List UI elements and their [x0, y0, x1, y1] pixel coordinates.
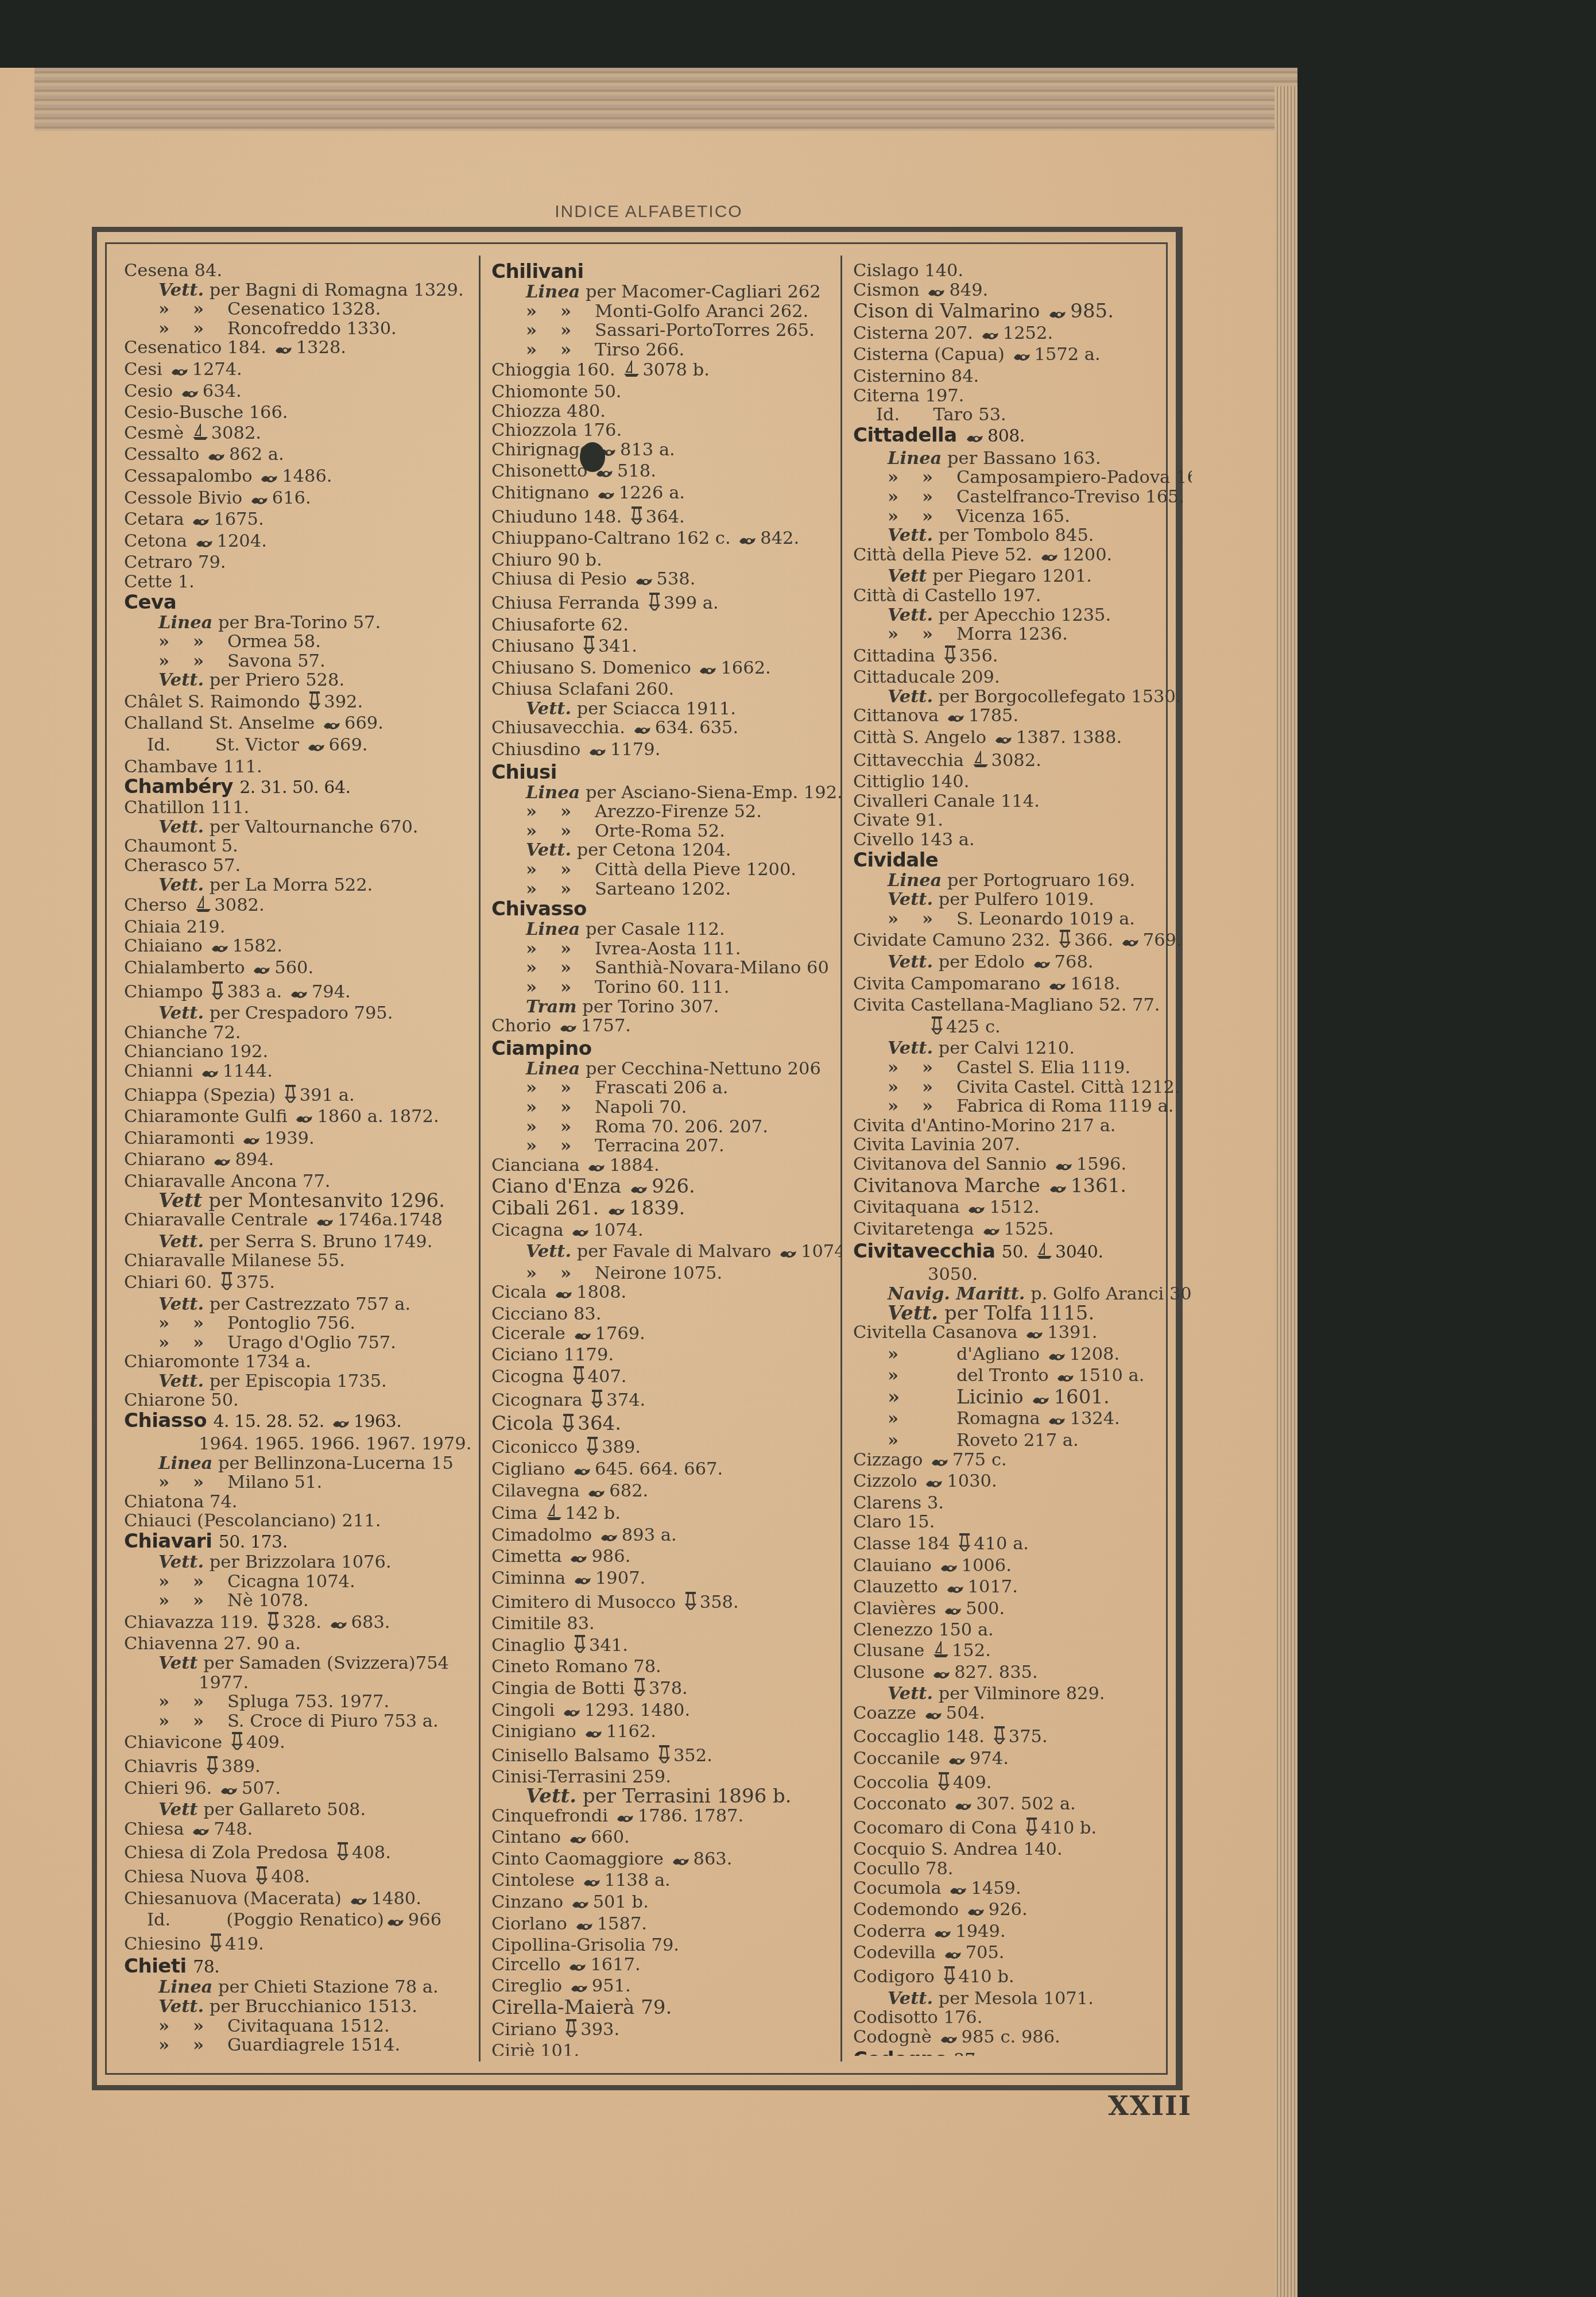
index-subentry: Linea per Portogruaro 169. — [853, 871, 1192, 891]
index-ditto-subentry: »»Roma 70. 206. 207. — [491, 1117, 842, 1137]
index-entry: Chiusa di Pesio 538. — [491, 570, 842, 591]
index-entry: Ciminna 1907. — [491, 1569, 842, 1591]
index-entry: Cessole Bivio 616. — [124, 489, 474, 511]
index-entry: Cittanova 1785. — [853, 706, 1192, 728]
coach-icon — [195, 534, 215, 554]
index-entry: Chialamberto 560. — [124, 958, 474, 980]
service-type: Linea — [526, 919, 580, 939]
index-entry: Cicerale 1769. — [491, 1324, 842, 1346]
paper-hole — [580, 442, 605, 472]
index-subentry: Vett. per La Morra 522. — [124, 876, 474, 895]
coach-icon — [597, 486, 617, 505]
index-entry: Chiarone 50. — [124, 1391, 474, 1410]
ditto-marks: »» — [158, 2036, 227, 2055]
index-entry: Cocullo 78. — [853, 1859, 1192, 1879]
ditto-marks: »» — [526, 1136, 595, 1156]
index-entry: Chiozza 480. — [491, 402, 842, 421]
coach-icon — [1040, 548, 1060, 567]
coach-icon — [947, 709, 966, 728]
service-type: Vett. — [158, 1552, 204, 1572]
index-ditto-subentry: »»Ivrea-Aosta 111. — [491, 939, 842, 959]
coach-icon — [290, 985, 309, 1004]
ditto-marks: »» — [158, 2017, 227, 2036]
subentry-text: Civitaquana 1512. — [227, 2016, 390, 2036]
index-entry: Cireglio 951. — [491, 1977, 842, 1998]
service-type: Vett. — [158, 817, 204, 837]
index-entry: Cianciana 1884. — [491, 1156, 842, 1178]
coach-icon — [274, 341, 294, 360]
subentry-text: per Torino 307. — [582, 997, 719, 1017]
coach-icon — [924, 1706, 944, 1726]
index-entry: Ciorlano 1587. — [491, 1915, 842, 1936]
coach-icon — [738, 531, 758, 551]
coach-icon — [575, 1917, 595, 1936]
index-subentry: Linea per Cecchina-Nettuno 206 — [491, 1059, 842, 1079]
index-entry: Civitanova del Sannio 1596. — [853, 1155, 1192, 1177]
index-entry: Chiesa Nuova 408. — [124, 1865, 474, 1889]
index-entry: Città S. Angelo 1387. 1388. — [853, 728, 1192, 750]
coach-icon — [946, 1580, 966, 1599]
index-subentry: Vett per Montesanvito 1296. — [124, 1192, 474, 1211]
subentry-text: Urago d'Oglio 757. — [227, 1333, 396, 1353]
index-ditto-subentry: »»Pontoglio 756. — [124, 1314, 474, 1333]
subentry-text: per Brucchianico 1513. — [210, 1997, 417, 2017]
subentry-text: per Crespadoro 795. — [210, 1003, 393, 1023]
coach-icon — [672, 1852, 691, 1871]
index-entry: Chambave 111. — [124, 757, 474, 777]
subentry-text: per Casale 112. — [586, 919, 725, 939]
index-entry: Chieri 96. 507. — [124, 1779, 474, 1801]
subentry-text: Orte-Roma 52. — [595, 821, 725, 841]
subentry-text: Pontoglio 756. — [227, 1313, 355, 1333]
coach-icon — [966, 428, 985, 449]
index-entry: Chiaia 219. — [124, 918, 474, 937]
ditto-marks: »» — [158, 300, 227, 319]
subentry-text: Roncofreddo 1330. — [227, 319, 397, 339]
subentry-text: per La Morra 522. — [210, 875, 373, 895]
boat-icon — [1036, 1242, 1053, 1265]
index-continuation: 3050. — [853, 1265, 1192, 1285]
index-ditto-subentry: »»Pianella 1511. — [124, 2055, 474, 2056]
service-type: Vett. — [158, 1371, 204, 1391]
coach-icon — [583, 1873, 602, 1893]
index-entry: Cinisi-Terrasini 259. — [491, 1768, 842, 1787]
ditto-marks: »» — [526, 1078, 595, 1098]
index-entry: Città di Castello 197. — [853, 586, 1192, 606]
tram-bell-icon — [582, 635, 596, 659]
index-subentry: Navig. Maritt. p. Golfo Aranci 3034 — [853, 1285, 1192, 1304]
coach-icon — [242, 1131, 262, 1151]
coach-icon — [931, 1453, 950, 1472]
subentry-text: Arezzo-Firenze 52. — [595, 802, 762, 822]
subentry-text: per Bagni di Romagna 1329. — [210, 280, 464, 300]
coach-icon — [949, 1881, 969, 1901]
index-entry: Cigliano 645. 664. 667. — [491, 1460, 842, 1482]
boat-icon — [972, 750, 989, 773]
index-entry: Chiaiano 1582. — [124, 937, 474, 958]
subentry-text: Torino 60. 111. — [595, 977, 729, 997]
service-type: Linea — [158, 612, 212, 633]
subentry-text: per Serra S. Bruno 1749. — [210, 1232, 433, 1252]
coach-icon — [699, 661, 718, 680]
subentry-text: per Episcopia 1735. — [210, 1371, 387, 1391]
index-entry: Cinzano 501 b. — [491, 1893, 842, 1915]
ditto-marks: »» — [158, 632, 227, 652]
index-ditto-subentry: »»Castel S. Elia 1119. — [853, 1058, 1192, 1078]
index-subentry: Vett. per Terrasini 1896 b. — [491, 1787, 842, 1807]
station-name: Cividale — [853, 849, 938, 872]
index-entry: Cherso 3082. — [124, 895, 474, 918]
column-rule — [479, 256, 481, 2062]
coach-icon — [250, 491, 270, 511]
index-heading: Cittadella 808. — [853, 425, 1192, 449]
index-entry: Cicagna 1074. — [491, 1221, 842, 1243]
index-entry: Cicola 364. — [491, 1413, 842, 1436]
ditto-marks: »» — [888, 1097, 956, 1116]
index-entry: Cesena 84. — [124, 261, 474, 281]
coach-icon — [1032, 1390, 1051, 1410]
service-type: Vett. — [888, 952, 933, 972]
coach-icon — [260, 469, 280, 489]
index-subentry: Vett. per Episcopia 1735. — [124, 1372, 474, 1391]
page-refs: 50. 3040. — [1002, 1242, 1103, 1262]
index-entry: Clenezzo 150 a. — [853, 1621, 1192, 1640]
subentry-text: per Edolo 768. — [939, 952, 1094, 972]
coach-icon — [211, 939, 230, 958]
index-heading: Civitavecchia 50. 3040. — [853, 1241, 1192, 1265]
service-type: Vett. — [888, 686, 933, 707]
index-entry: Civita Castellana-Magliano 52. 77. — [853, 996, 1192, 1015]
service-type: Vett. — [158, 1294, 204, 1314]
index-entry: Civita Lavinia 207. — [853, 1135, 1192, 1155]
index-entry: Cessapalombo 1486. — [124, 467, 474, 489]
subentry-text: d'Agliano 1208. — [956, 1344, 1119, 1364]
index-entry: Cislago 140. — [853, 261, 1192, 281]
subentry-text: S. Croce di Piuro 753 a. — [227, 1711, 439, 1731]
tram-bell-icon — [1058, 929, 1072, 953]
coach-icon — [940, 2030, 959, 2049]
coach-icon — [1049, 1179, 1068, 1198]
service-type: Vett — [888, 566, 927, 586]
subentry-text: Terracina 207. — [595, 1136, 725, 1156]
subentry-text: per Pulfero 1019. — [939, 890, 1094, 910]
subentry-text: Camposampiero-Padova 163 — [956, 467, 1192, 488]
index-heading: Cividale — [853, 850, 1192, 871]
index-subentry: Linea per Chieti Stazione 78 a. — [124, 1978, 474, 1997]
tram-bell-icon — [308, 690, 321, 714]
coach-icon — [587, 1158, 607, 1178]
index-entry: Cineto Romano 78. — [491, 1657, 842, 1677]
coach-icon — [633, 721, 653, 740]
index-entry: Cicciano 83. — [491, 1305, 842, 1324]
service-type: Vett. — [888, 605, 933, 625]
index-ditto-subentry: »»Terracina 207. — [491, 1136, 842, 1156]
subentry-text: per Apecchio 1235. — [939, 605, 1111, 625]
coach-icon — [323, 716, 342, 736]
service-type: Vett. — [888, 1988, 933, 2009]
subentry-text: Nè 1078. — [227, 1591, 309, 1611]
service-type: Vett. — [158, 1003, 204, 1023]
service-type: Vett. — [888, 525, 933, 546]
coach-icon — [207, 447, 227, 467]
index-entry: Coderra 1949. — [853, 1922, 1192, 1944]
page-refs: 50. 173. — [219, 1532, 288, 1552]
tram-bell-icon — [633, 1677, 646, 1701]
tram-bell-icon — [993, 1725, 1006, 1749]
coach-icon — [779, 1244, 799, 1264]
index-entry: Chiaravalle Centrale 1746a.1748 — [124, 1211, 474, 1232]
index-entry: Clusone 827. 835. — [853, 1663, 1192, 1685]
index-entry: Chiuppano-Caltrano 162 c. 842. — [491, 529, 842, 551]
subentry-text: Castel S. Elia 1119. — [956, 1058, 1130, 1078]
subentry-text: Roveto 217 a. — [956, 1430, 1079, 1451]
coach-icon — [967, 1902, 986, 1922]
index-subentry: Vett per Samaden (Svizzera)754 — [124, 1654, 474, 1673]
subentry-text: per Vilminore 829. — [939, 1684, 1105, 1704]
page-refs: 808. — [963, 426, 1025, 446]
coach-icon — [192, 512, 211, 532]
ditto-marks: »» — [158, 1712, 227, 1731]
ditto-marks: »» — [526, 939, 595, 959]
index-subentry: Vett per Piegaro 1201. — [853, 567, 1192, 586]
coach-icon — [350, 1892, 369, 1911]
coach-icon — [927, 283, 947, 303]
index-subentry: Vett. per Valtournanche 670. — [124, 818, 474, 837]
ditto-marks: »» — [526, 978, 595, 997]
index-subentry: Vett. per Calvi 1210. — [853, 1039, 1192, 1058]
subentry-text: Savona 57. — [227, 651, 326, 671]
index-entry: Cocconato 307. 502 a. — [853, 1795, 1192, 1816]
index-entry: Cison di Valmarino 985. — [853, 302, 1192, 324]
index-subentry: Linea per Bassano 163. — [853, 449, 1192, 469]
subentry-text: Cesenatico 1328. — [227, 299, 381, 319]
ditto-marks: » — [888, 1366, 956, 1386]
coach-icon — [600, 1528, 619, 1548]
index-entry: Clusane 152. — [853, 1640, 1192, 1663]
coach-icon — [201, 1064, 220, 1084]
index-entry: Chirignago 813 a. — [491, 440, 842, 462]
index-entry: Chiavazza 119. 328. 683. — [124, 1611, 474, 1635]
subentry-text: Cicagna 1074. — [227, 1572, 355, 1592]
index-entry: Cinquefrondi 1786. 1787. — [491, 1807, 842, 1828]
service-type: Linea — [888, 870, 942, 891]
subentry-text: per Mesola 1071. — [939, 1989, 1094, 2009]
index-entry: Châlet S. Raimondo 392. — [124, 690, 474, 714]
index-entry: Civitanova Marche 1361. — [853, 1177, 1192, 1198]
subentry-text: Spluga 753. 1977. — [227, 1692, 389, 1712]
coach-icon — [944, 1946, 963, 1965]
ditto-marks: »» — [158, 1591, 227, 1611]
index-entry: Cessalto 862 a. — [124, 445, 474, 467]
coach-icon — [220, 1781, 239, 1801]
coach-icon — [330, 1615, 349, 1635]
index-entry: Chiusa Ferranda 399 a. — [491, 591, 842, 616]
index-entry: Codisotto 176. — [853, 2008, 1192, 2028]
index-entry: Coccaglio 148. 375. — [853, 1725, 1192, 1749]
index-entry: Chianciano 192. — [124, 1042, 474, 1062]
ditto-marks: »» — [158, 652, 227, 671]
ditto-marks: »» — [526, 802, 595, 822]
index-entry: Chiesino 419. — [124, 1932, 474, 1956]
coach-icon — [295, 1109, 315, 1129]
index-entry: Chiusano 341. — [491, 635, 842, 659]
tram-bell-icon — [209, 1932, 223, 1956]
index-entry: Clavières 500. — [853, 1599, 1192, 1621]
index-heading: Ciampino — [491, 1038, 842, 1059]
index-ditto-subentry: »»Sarteano 1202. — [491, 880, 842, 899]
index-entry: Cicala 1808. — [491, 1283, 842, 1305]
subentry-text: Ormea 58. — [227, 632, 321, 652]
index-subentry: Vett. per Brizzolara 1076. — [124, 1553, 474, 1572]
tram-bell-icon — [943, 1965, 956, 1989]
index-ditto-subentry: »»Neirone 1075. — [491, 1264, 842, 1283]
index-entry: Chiavris 389. — [124, 1755, 474, 1779]
index-ditto-subentry: »»Camposampiero-Padova 163 — [853, 468, 1192, 488]
index-entry: Cesio-Busche 166. — [124, 403, 474, 423]
boat-icon — [192, 423, 209, 446]
index-entry: Cittiglio 140. — [853, 772, 1192, 792]
service-type: Vett. — [526, 1785, 576, 1808]
subentry-text: per Cetona 1204. — [577, 840, 731, 860]
index-entry: Chorio 1757. — [491, 1016, 842, 1038]
subentry-text: per Brizzolara 1076. — [210, 1552, 392, 1572]
page-stack-edge-right — [1275, 86, 1297, 2297]
tram-bell-icon — [657, 1744, 671, 1768]
coach-icon — [573, 1462, 592, 1482]
index-ditto-subentry: »»Santhià-Novara-Milano 60 — [491, 958, 842, 978]
subentry-text: Morra 1236. — [956, 624, 1068, 644]
subentry-text: per Priero 528. — [210, 670, 344, 690]
service-type: Linea — [158, 1453, 212, 1474]
station-name: Chambéry — [124, 775, 233, 798]
ditto-marks: » — [888, 1431, 956, 1451]
ditto-marks: »» — [158, 1692, 227, 1712]
index-subentry: Vett. per Crespadoro 795. — [124, 1004, 474, 1023]
index-subentry: Linea per Asciano-Siena-Emp. 192. — [491, 783, 842, 803]
subentry-text: per Gallareto 508. — [203, 1800, 366, 1820]
index-subentry: Vett. per Vilminore 829. — [853, 1684, 1192, 1704]
station-name: Chilivani — [491, 261, 584, 283]
subentry-text: Frascati 206 a. — [595, 1078, 728, 1098]
index-ditto-subentry: »»Civitaquana 1512. — [124, 2017, 474, 2036]
coach-icon — [574, 1327, 593, 1346]
index-subentry: Vett. per Apecchio 1235. — [853, 606, 1192, 625]
index-entry: Civate 91. — [853, 811, 1192, 830]
service-type: Vett — [158, 1653, 197, 1673]
index-subentry: Vett. per Tombolo 845. — [853, 526, 1192, 546]
index-entry: Chiari 60. 375. — [124, 1271, 474, 1295]
subentry-text: per Bra-Torino 57. — [218, 613, 381, 633]
coach-icon — [1033, 955, 1052, 975]
tram-bell-icon — [930, 1015, 944, 1039]
index-subentry: Vett. per Favale di Malvaro 1074a — [491, 1242, 842, 1264]
tram-bell-icon — [561, 1413, 575, 1436]
index-ditto-subentry: »»Milano 51. — [124, 1473, 474, 1492]
subentry-text: Città della Pieve 1200. — [595, 860, 796, 880]
index-entry: Clauiano 1006. — [853, 1556, 1192, 1578]
index-entry: Cimitile 83. — [491, 1614, 842, 1634]
subentry-text: per Sciacca 1911. — [577, 699, 736, 719]
service-type: Vett. — [526, 1241, 571, 1262]
index-entry: Chioggia 160. 3078 b. — [491, 359, 842, 382]
ditto-marks: »» — [526, 1117, 595, 1137]
boat-icon — [932, 1640, 950, 1663]
service-type: Vett. — [526, 840, 571, 860]
tram-bell-icon — [206, 1755, 219, 1779]
index-subentry: Vett. per Priero 528. — [124, 671, 474, 690]
coach-icon — [630, 1180, 649, 1199]
coach-icon — [213, 1153, 233, 1172]
index-entry: Chiaravalle Ancona 77. — [124, 1172, 474, 1192]
index-entry: Cesmè 3082. — [124, 423, 474, 446]
subentry-text: Sassari-PortoTorres 265. — [595, 320, 815, 341]
service-type: Vett — [158, 1189, 202, 1212]
index-column-middle: Chilivani Linea per Macomer-Cagliari 262… — [491, 261, 842, 2056]
coach-icon — [1121, 933, 1141, 953]
index-frame-inner: Cesena 84.Vett. per Bagni di Romagna 132… — [105, 242, 1168, 2075]
index-entry: Civita Campomarano 1618. — [853, 975, 1192, 996]
index-heading: Chieti 78. — [124, 1956, 474, 1978]
index-entry: Città della Pieve 52. 1200. — [853, 546, 1192, 567]
index-entry: Cittavecchia 3082. — [853, 750, 1192, 773]
subentry-text: per Bellinzona-Lucerna 15 — [218, 1453, 454, 1474]
index-entry: Cizzolo 1030. — [853, 1472, 1192, 1494]
index-heading: Chiasso 4. 15. 28. 52. 1963. — [124, 1410, 474, 1434]
index-entry: Chianni 1144. — [124, 1062, 474, 1084]
index-ditto-subentry: »»Fabrica di Roma 1119 a. — [853, 1097, 1192, 1116]
station-name: Ciampino — [491, 1037, 592, 1060]
coach-icon — [587, 1484, 607, 1503]
index-entry: Codognè 985 c. 986. — [853, 2028, 1192, 2049]
ditto-marks: »» — [158, 1473, 227, 1492]
ditto-marks: »» — [888, 625, 956, 644]
service-type: Vett. — [158, 280, 204, 300]
index-subentry: Vett. per Cetona 1204. — [491, 841, 842, 860]
index-entry: Chiavenna 27. 90 a. — [124, 1634, 474, 1654]
subentry-text: Pianella 1511. — [227, 2055, 354, 2056]
index-entry: Codemondo 926. — [853, 1900, 1192, 1922]
subentry-text: Sarteano 1202. — [595, 879, 731, 899]
coach-icon — [981, 326, 1001, 346]
index-entry: Chiusano S. Domenico 1662. — [491, 659, 842, 680]
index-entry: Chiarano 894. — [124, 1150, 474, 1172]
subentry-text: per Asciano-Siena-Emp. 192. — [586, 783, 842, 803]
index-continuation: 1977. — [124, 1673, 474, 1693]
index-entry: Citerna 197. — [853, 386, 1192, 406]
index-ditto-subentry: »»Sassari-PortoTorres 265. — [491, 321, 842, 341]
ditto-marks: »» — [888, 507, 956, 527]
subentry-text: Ivrea-Aosta 111. — [595, 939, 741, 959]
subentry-text: Romagna 1324. — [956, 1409, 1120, 1429]
coach-icon — [569, 1830, 588, 1850]
service-type: Vett. — [158, 1996, 204, 2017]
coach-icon — [574, 1571, 593, 1591]
index-entry: Cisterna (Capua) 1572 a. — [853, 345, 1192, 367]
subentry-text: per Portogruaro 169. — [947, 871, 1135, 891]
index-entry: Classe 184 410 a. — [853, 1532, 1192, 1556]
ditto-marks: » — [888, 1409, 956, 1429]
subentry-text: per Tombolo 845. — [939, 525, 1094, 546]
index-entry: Circello 1617. — [491, 1955, 842, 1977]
coach-icon — [563, 1703, 582, 1723]
page-number: XXIII — [1108, 2090, 1192, 2121]
index-entry: Cipollina-Grisolia 79. — [491, 1936, 842, 1955]
index-subentry: Linea per Casale 112. — [491, 920, 842, 939]
index-entry: Cingia de Botti 378. — [491, 1677, 842, 1701]
coach-icon — [332, 1413, 351, 1434]
coach-icon — [1048, 1412, 1067, 1431]
index-entry: Cisterna 207. 1252. — [853, 324, 1192, 346]
